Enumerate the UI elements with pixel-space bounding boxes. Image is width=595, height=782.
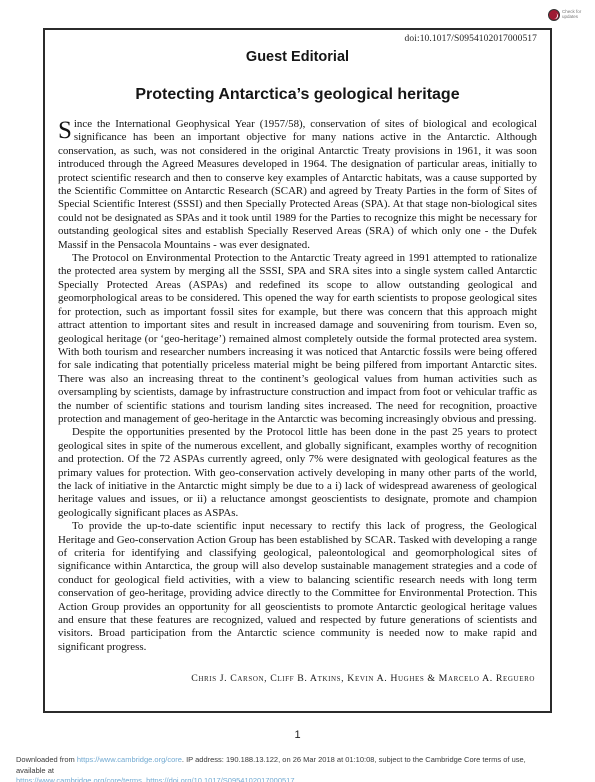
footer-text: Downloaded from [16,755,77,764]
article-frame: doi:10.1017/S0954102017000517 Guest Edit… [43,28,552,713]
paragraph: The Protocol on Environmental Protection… [58,252,537,426]
crossmark-icon [548,9,560,21]
article-title: Protecting Antarctica’s geological herit… [58,86,537,104]
crossmark-label: Check for updates [562,10,588,20]
section-title: Guest Editorial [58,49,537,65]
paragraph: Since the International Geophysical Year… [58,118,537,252]
download-footer: Downloaded from https://www.cambridge.or… [16,755,556,782]
crossmark-badge[interactable]: Check for updates [548,8,588,22]
cambridge-core-link[interactable]: https://www.cambridge.org/core [77,755,182,764]
authors-line: Chris J. Carson, Cliff B. Atkins, Kevin … [58,673,537,684]
doi-text: doi:10.1017/S0954102017000517 [58,34,537,44]
page-number: 1 [0,729,595,741]
article-body: Since the International Geophysical Year… [58,118,537,654]
paragraph: Despite the opportunities presented by t… [58,426,537,520]
paragraph: To provide the up-to-date scientific inp… [58,520,537,654]
doi-link[interactable]: https://doi.org/10.1017/S095410201700051… [146,776,294,782]
terms-link[interactable]: https://www.cambridge.org/core/terms [16,776,142,782]
drop-cap: S [58,120,74,142]
paragraph-text: ince the International Geophysical Year … [58,118,537,251]
